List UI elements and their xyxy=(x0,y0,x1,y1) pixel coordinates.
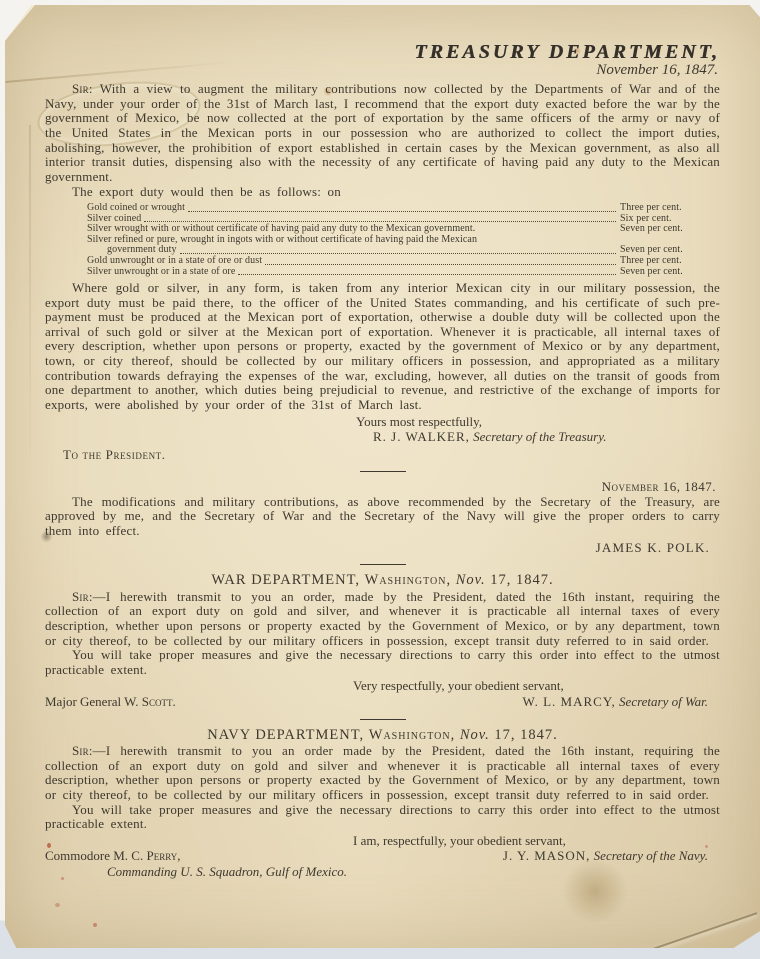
signer-title: Secretary of the Navy. xyxy=(594,848,708,863)
document-page: TREASURY DEPARTMENT, November 16, 1847. … xyxy=(5,5,760,948)
table-row: Gold unwrought or in a state of ore or d… xyxy=(87,256,712,267)
salutation: Sir xyxy=(72,589,89,604)
duty-item: Gold coined or wrought xyxy=(87,203,185,214)
dot-leader xyxy=(144,221,616,222)
navy-addressee: Commodore M. C. Perry, xyxy=(45,849,180,864)
dot-leader xyxy=(180,253,616,254)
table-row: Gold coined or wrought Three per cent. xyxy=(87,203,712,214)
navy-signature: J. Y. MASON, Secretary of the Navy. xyxy=(503,849,708,864)
navy-paragraph-2: You will take proper measures and give t… xyxy=(45,803,720,832)
duty-table-intro: The export duty would then be as follows… xyxy=(45,185,720,200)
navy-signature-line: Commodore M. C. Perry, J. Y. MASON, Secr… xyxy=(45,849,720,864)
table-row: Silver unwrought or in a state of ore Se… xyxy=(87,267,712,278)
dept-date-abbr: Nov. xyxy=(456,572,486,588)
duty-item: Silver unwrought or in a state of ore xyxy=(87,267,235,278)
signer-name: R. J. WALKER, xyxy=(373,429,470,444)
signer-name: J. Y. MASON, xyxy=(503,848,591,863)
war-paragraph-2: You will take proper measures and give t… xyxy=(45,648,720,677)
treasury-signature-block: Yours most respectfully, R. J. WALKER, S… xyxy=(45,415,720,444)
navy-department-heading: NAVY DEPARTMENT, Washington, Nov. 17, 18… xyxy=(45,728,720,743)
salutation: Sir xyxy=(72,81,89,96)
folded-corner-top-left xyxy=(5,5,35,41)
dept-date: 17, 1847. xyxy=(494,727,557,743)
section-divider xyxy=(360,564,406,565)
navy-valediction: I am, respectfully, your obedient servan… xyxy=(353,834,720,849)
addressee-name: Perry, xyxy=(146,848,180,863)
signer-title: Secretary of the Treasury. xyxy=(473,429,606,444)
duty-rate: Three per cent. xyxy=(620,203,712,214)
addressee-prefix: Major General W. xyxy=(45,694,142,709)
document-title: TREASURY DEPARTMENT, xyxy=(45,45,720,60)
valediction: Yours most respectfully, xyxy=(356,415,720,430)
dot-leader xyxy=(238,274,616,275)
export-duty-table: Gold coined or wrought Three per cent. S… xyxy=(87,203,712,277)
paper-crease xyxy=(29,125,31,485)
dept-date: 17, 1847. xyxy=(490,572,553,588)
dot-leader xyxy=(265,264,616,265)
polk-signature: JAMES K. POLK. xyxy=(45,541,720,556)
dept-place: Washington, xyxy=(369,727,455,743)
approval-date: November 16, 1847. xyxy=(45,480,720,495)
duty-rate: Seven per cent. xyxy=(620,224,712,235)
document-date: November 16, 1847. xyxy=(45,63,720,78)
table-row: Silver refined or pure, wrought in ingot… xyxy=(87,235,712,246)
war-valediction: Very respectfully, your obedient servant… xyxy=(353,679,720,694)
duty-rate: Three per cent. xyxy=(620,256,712,267)
opening-text: : With a view to augment the military co… xyxy=(45,81,720,184)
duty-rate: Seven per cent. xyxy=(620,267,712,278)
section-divider xyxy=(360,471,406,472)
dept-name: NAVY DEPARTMENT, xyxy=(207,727,364,743)
navy-paragraph-1: Sir:—I herewith transmit to you an order… xyxy=(45,744,720,802)
salutation: Sir xyxy=(72,743,89,758)
addressee-prefix: Commodore M. C. xyxy=(45,848,146,863)
duty-item: Gold unwrought or in a state of ore or d… xyxy=(87,256,262,267)
treasury-second-paragraph: Where gold or silver, in any form, is ta… xyxy=(45,281,720,412)
dept-date-abbr: Nov. xyxy=(460,727,490,743)
war-addressee: Major General W. Scott. xyxy=(45,695,176,710)
dot-leader xyxy=(188,211,616,212)
war-department-heading: WAR DEPARTMENT, Washington, Nov. 17, 184… xyxy=(45,573,720,588)
signer-title: Secretary of War. xyxy=(619,694,708,709)
addressee-name: Scott. xyxy=(142,694,176,709)
navy-addressee-line2: Commanding U. S. Squadron, Gulf of Mexic… xyxy=(107,865,720,880)
section-divider xyxy=(360,719,406,720)
dash: :— xyxy=(89,589,106,604)
approval-paragraph: The modifications and military contribut… xyxy=(45,495,720,539)
signer-name: W. L. MARCY, xyxy=(523,694,616,709)
treasury-addressee: To the President. xyxy=(63,448,720,463)
dash: :— xyxy=(89,743,106,758)
treasury-opening-paragraph: Sir: With a view to augment the military… xyxy=(45,82,720,184)
letter-head: TREASURY DEPARTMENT, November 16, 1847. xyxy=(45,45,720,77)
war-signature: W. L. MARCY, Secretary of War. xyxy=(523,695,708,710)
navy-text: I herewith transmit to you an order made… xyxy=(45,743,720,802)
dept-place: Washington, xyxy=(365,572,451,588)
war-text: I herewith transmit to you an order, mad… xyxy=(45,589,720,648)
war-paragraph-1: Sir:—I herewith transmit to you an order… xyxy=(45,590,720,648)
war-signature-line: Major General W. Scott. W. L. MARCY, Sec… xyxy=(45,695,720,710)
dept-name: WAR DEPARTMENT, xyxy=(211,572,360,588)
signature: R. J. WALKER, Secretary of the Treasury. xyxy=(373,430,720,445)
letter-content: TREASURY DEPARTMENT, November 16, 1847. … xyxy=(45,45,720,948)
